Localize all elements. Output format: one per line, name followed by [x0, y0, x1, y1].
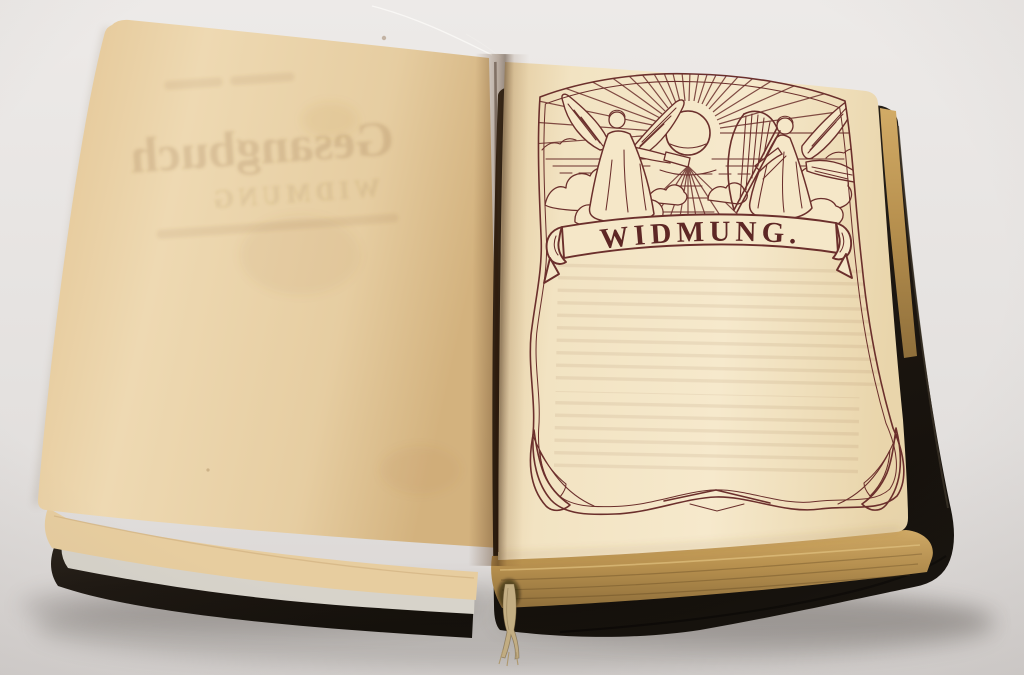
vignette-overlay — [0, 0, 1024, 675]
photo-open-antique-book: Gesangbuch WIDMUNG — [0, 0, 1024, 675]
